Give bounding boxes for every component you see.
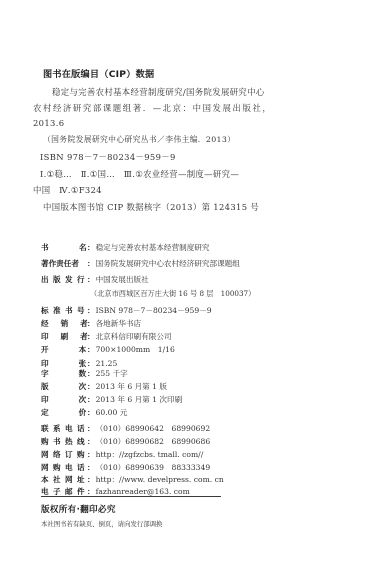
record-value: （010）68990682 68990686 — [96, 436, 211, 447]
record-value: 60.00 元 — [96, 407, 128, 418]
record-label: 经销者 — [41, 318, 87, 329]
record-row-author: 著作责任者：国务院发展研究中心农村经济研究部课题组 — [41, 256, 240, 270]
record-row-format: 开本：700×1000mm 1/16 — [41, 342, 175, 356]
cip-line-isbn: ISBN 978－7－80234－959－9 — [40, 151, 176, 163]
record-label: 网络订购 — [41, 449, 87, 460]
record-label: 定价 — [41, 407, 87, 418]
record-label: 书名 — [41, 242, 87, 253]
copyright-heading: 版权所有·翻印必究 — [41, 503, 116, 515]
record-row-edition: 版次：2013 年 6 月第 1 版 — [41, 379, 167, 393]
record-label: 标准书号 — [41, 305, 87, 316]
record-row-address: （北京市西城区百万庄大街 16 号 8 层 100037） — [90, 287, 255, 301]
cip-heading: 图书在版编目（CIP）数据 — [43, 66, 154, 80]
record-label: 电子邮件 — [41, 486, 87, 497]
cip-line-classification: Ⅰ.①稳… Ⅱ.①国… Ⅲ.①农业经营—制度—研究— — [40, 168, 239, 180]
record-label: 著作责任者 — [41, 258, 87, 269]
record-label: 印次 — [41, 394, 87, 405]
email-link[interactable]: fazhanreader@163. com — [96, 487, 190, 496]
record-row-isbn: 标准书号：ISBN 978－7－80234－959－9 — [41, 303, 212, 317]
record-row-online-order: 网络订购：http：//zgfzcbs. tmall. com// — [41, 447, 203, 461]
online-order-link[interactable]: http：//zgfzcbs. tmall. com// — [96, 449, 204, 460]
record-label: 出版发行 — [41, 274, 87, 285]
copyright-page: 图书在版编目（CIP）数据 稳定与完善农村基本经营制度研究/国务院发展研究中心 … — [0, 0, 375, 564]
record-value: 2013 年 6 月第 1 次印刷 — [96, 394, 183, 405]
record-label: 印刷者 — [41, 331, 87, 342]
record-row-publisher: 出版发行：中国发展出版社 — [41, 272, 149, 286]
record-row-contact-phone: 联系电话：（010）68990642 68990692 — [41, 421, 210, 435]
record-label: 联系电话 — [41, 423, 87, 434]
record-label: 字数 — [41, 368, 87, 379]
cip-line-title: 稳定与完善农村基本经营制度研究/国务院发展研究中心 — [52, 86, 265, 98]
record-label: 版次 — [41, 381, 87, 392]
publisher-address: （北京市西城区百万庄大街 16 号 8 层 100037） — [90, 289, 255, 299]
record-value: 国务院发展研究中心农村经济研究部课题组 — [96, 258, 240, 269]
record-label: 开本 — [41, 344, 87, 355]
record-value: 稳定与完善农村基本经营制度研究 — [96, 242, 210, 253]
record-row-distributor: 经销者：各地新华书店 — [41, 316, 141, 330]
record-label: 网购电话 — [41, 462, 87, 473]
record-row-price: 定价：60.00 元 — [41, 405, 127, 419]
cip-line-authors: 农村经济研究部课题组著．—北京：中国发展出版社， — [33, 102, 272, 114]
cip-line-date: 2013.6 — [33, 118, 64, 128]
cip-line-classification-cont: 中国 Ⅳ.①F324 — [33, 184, 102, 196]
record-row-title: 书名：稳定与完善农村基本经营制度研究 — [41, 240, 210, 254]
section-divider — [41, 496, 221, 497]
website-link[interactable]: http：//www. develpress. com. cn — [96, 474, 224, 485]
record-value: （010）68990639 88333349 — [96, 462, 211, 473]
cip-line-series: （国务院发展研究中心研究丛书／李伟主编．2013） — [43, 134, 235, 145]
record-row-hotline: 购书热线：（010）68990682 68990686 — [41, 434, 210, 448]
record-value: 2013 年 6 月第 1 版 — [96, 381, 167, 392]
cip-record-number: 中国版本图书馆 CIP 数据核字（2013）第 124315 号 — [43, 201, 259, 213]
record-value: 中国发展出版社 — [96, 274, 149, 285]
record-row-printer: 印刷者：北京科信印刷有限公司 — [41, 329, 172, 343]
record-value: （010）68990642 68990692 — [96, 423, 211, 434]
copyright-note: 本社图书若有缺页、倒页，请向发行部调换 — [41, 519, 162, 528]
record-row-printing: 印次：2013 年 6 月第 1 次印刷 — [41, 392, 182, 406]
record-row-word-count: 字数：255 千字 — [41, 366, 128, 380]
record-label: 本社网址 — [41, 474, 87, 485]
record-value: 255 千字 — [96, 368, 128, 379]
record-value: 各地新华书店 — [96, 318, 142, 329]
record-value: ISBN 978－7－80234－959－9 — [96, 305, 212, 316]
record-value: 700×1000mm 1/16 — [96, 344, 175, 355]
record-value: 北京科信印刷有限公司 — [96, 331, 172, 342]
record-label: 购书热线 — [41, 436, 87, 447]
